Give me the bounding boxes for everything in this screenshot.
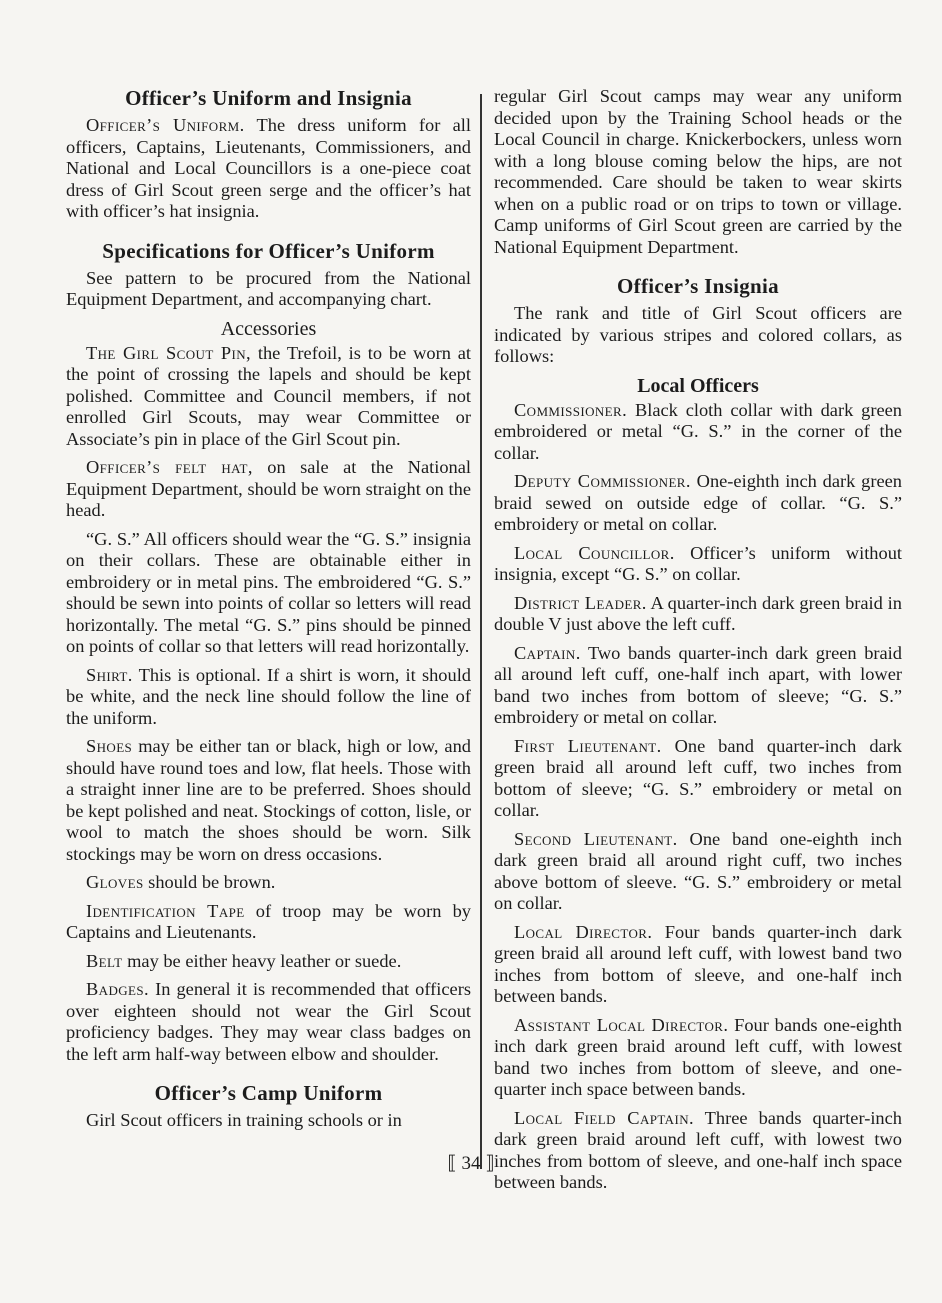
page-number: ⟦ 34 ⟧ xyxy=(0,1152,942,1175)
paragraph-accessory-tape: Identification Tape of troop may be worn… xyxy=(66,901,471,944)
paragraph-accessory-hat: Officer’s felt hat, on sale at the Natio… xyxy=(66,457,471,522)
paragraph-accessory-gloves: Gloves should be brown. xyxy=(66,872,471,894)
heading-accessories: Accessories xyxy=(66,318,471,341)
document-page: Officer’s Uniform and Insignia Officer’s… xyxy=(66,86,902,1146)
heading-officers-uniform-and-insignia: Officer’s Uniform and Insignia xyxy=(66,86,471,111)
paragraph-captain: Captain. Two bands quarter-inch dark gre… xyxy=(494,643,902,729)
paragraph-insignia-intro: The rank and title of Girl Scout officer… xyxy=(494,303,902,368)
heading-officers-insignia: Officer’s Insignia xyxy=(494,274,902,299)
paragraph-local-director: Local Director. Four bands quarter-inch … xyxy=(494,922,902,1008)
paragraph-second-lieutenant: Second Lieutenant. One band one-eighth i… xyxy=(494,829,902,915)
paragraph-specifications: See pattern to be procured from the Nati… xyxy=(66,268,471,311)
heading-local-officers: Local Officers xyxy=(494,375,902,398)
paragraph-accessory-badges: Badges. In general it is recommended tha… xyxy=(66,979,471,1065)
paragraph-camp-uniform-start: Girl Scout officers in training schools … xyxy=(66,1110,471,1132)
paragraph-commissioner: Commissioner. Black cloth collar with da… xyxy=(494,400,902,465)
paragraph-accessory-pin: The Girl Scout Pin, the Trefoil, is to b… xyxy=(66,343,471,451)
right-column: regular Girl Scout camps may wear any un… xyxy=(494,86,902,1201)
paragraph-local-councillor: Local Councillor. Officer’s uniform with… xyxy=(494,543,902,586)
heading-camp-uniform: Officer’s Camp Uniform xyxy=(66,1081,471,1106)
lead-term: Officer’s Uniform. xyxy=(86,115,245,135)
heading-specifications: Specifications for Officer’s Uniform xyxy=(66,239,471,264)
column-divider xyxy=(480,94,482,1169)
paragraph-accessory-shoes: Shoes may be either tan or black, high o… xyxy=(66,736,471,865)
paragraph-local-field-captain: Local Field Captain. Three bands quarter… xyxy=(494,1108,902,1194)
paragraph-accessory-belt: Belt may be either heavy leather or sued… xyxy=(66,951,471,973)
paragraph-accessory-gs: “G. S.” All officers should wear the “G.… xyxy=(66,529,471,658)
left-column: Officer’s Uniform and Insignia Officer’s… xyxy=(66,86,471,1139)
paragraph-assistant-local-director: Assistant Local Director. Four bands one… xyxy=(494,1015,902,1101)
paragraph-deputy-commissioner: Deputy Commissioner. One-eighth inch dar… xyxy=(494,471,902,536)
paragraph-accessory-shirt: Shirt. This is optional. If a shirt is w… xyxy=(66,665,471,730)
paragraph-officers-uniform: Officer’s Uniform. The dress uniform for… xyxy=(66,115,471,223)
paragraph-district-leader: District Leader. A quarter-inch dark gre… xyxy=(494,593,902,636)
paragraph-camp-uniform-continued: regular Girl Scout camps may wear any un… xyxy=(494,86,902,258)
paragraph-first-lieutenant: First Lieutenant. One band quarter-inch … xyxy=(494,736,902,822)
